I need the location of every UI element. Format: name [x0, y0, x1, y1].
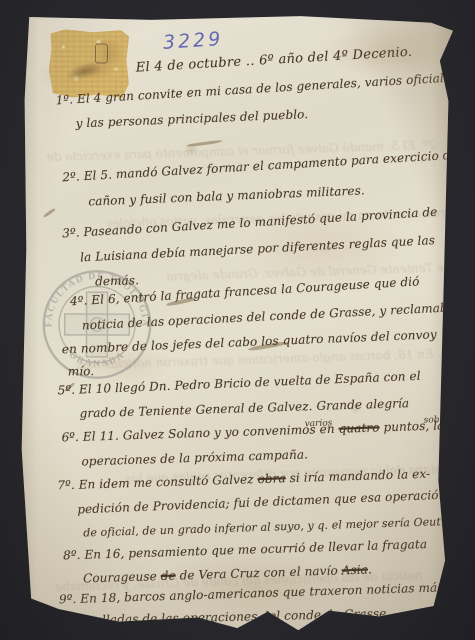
- entry-6-struck-word: quatro: [338, 420, 379, 435]
- entry-3-line-2: la Luisiana debía manejarse por diferent…: [80, 234, 435, 265]
- entry-7-struck-word: obra: [257, 471, 286, 486]
- photo-background: 2º. El 5. mandó Galvez formar el campame…: [0, 0, 475, 640]
- entry-3-line-3: demás.: [95, 274, 139, 289]
- entry-5-line-2: grado de Teniente General de Galvez. Gra…: [79, 397, 409, 421]
- entry-8-struck-word-1: de: [161, 569, 176, 583]
- entry-7-line-2: pedición de Providencia; fui de dictamen…: [77, 489, 447, 518]
- postage-stamp: [49, 29, 129, 97]
- entry-6-line-1-post: puntos, las: [379, 418, 451, 434]
- entry-8-line-2-a: Courageuse: [83, 569, 161, 585]
- entry-4-line-4: mío.: [68, 365, 95, 379]
- entry-6-line-1: 6º. El 11. Galvez Solano y yo convenimos…: [61, 419, 451, 445]
- entry-8-line-2-e: .: [368, 562, 372, 576]
- entry-6-line-1-pre: 6º. El 11. Galvez Solano y yo convenimos…: [61, 422, 338, 445]
- catalog-number: 3229: [162, 28, 224, 54]
- manuscript-page: 2º. El 5. mandó Galvez formar el campame…: [15, 13, 453, 631]
- stamp-smudge: [61, 57, 106, 85]
- entry-7-line-3: de oficial, de un grado inferior al suyo…: [83, 516, 445, 540]
- entry-1-line-2: y las personas principales del pueblo.: [75, 108, 308, 131]
- entry-7-line-1-pre: 7º. En idem me consultó Galvez: [57, 472, 258, 492]
- ink-smudge: [43, 208, 56, 218]
- entry-8-line-1: 8º. En 16, pensamiento que me ocurrió de…: [63, 538, 427, 563]
- entry-8-struck-word-2: Asia: [341, 563, 368, 578]
- entry-9-line-2: detalladas de las operaciones del conde …: [75, 607, 391, 628]
- entry-2-line-2: cañon y fusil con bala y maniobras milit…: [88, 184, 365, 209]
